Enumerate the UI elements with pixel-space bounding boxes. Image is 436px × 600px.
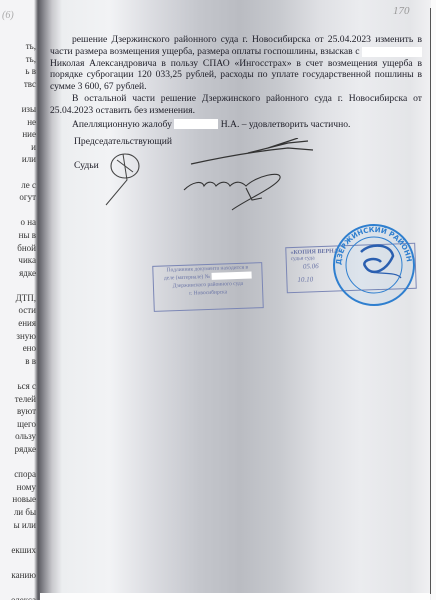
- text-line: В остальной части решение Дзержинского р…: [72, 93, 407, 104]
- court-seal: ДЗЕРЖИНСКИЙ РАЙОННЫЙ: [331, 222, 417, 308]
- presiding-signature: [188, 138, 318, 168]
- page-number-right: 170: [393, 5, 410, 17]
- page-number-left: (6): [2, 10, 14, 21]
- margin-fragment: [2, 279, 36, 292]
- margin-fragment: ному: [2, 481, 36, 494]
- ruling-paragraph-2: В остальной части решение Дзержинского р…: [50, 93, 422, 117]
- margin-fragment: ние: [2, 128, 36, 141]
- scan-margin-right: [431, 0, 436, 600]
- presiding-judge-label: Председательствующий: [74, 136, 172, 147]
- original-document-stamp: Подлинник документа находится в деле (ма…: [152, 262, 264, 312]
- margin-fragment: не: [2, 116, 36, 129]
- judge-signature-2: [182, 172, 302, 212]
- margin-fragment: канию: [2, 569, 36, 582]
- margin-fragment: [2, 367, 36, 380]
- margin-fragment: зную: [2, 330, 36, 343]
- margin-fragment: вуют: [2, 405, 36, 418]
- margin-fragment: [2, 90, 36, 103]
- margin-fragment: ь в: [2, 65, 36, 78]
- redacted-case-number: [211, 272, 251, 280]
- margin-fragment: екших: [2, 544, 36, 557]
- margin-fragment: ы или: [2, 519, 36, 532]
- text-line: Н.А. – удовлетворить частично.: [221, 119, 351, 130]
- ruling-text: решение Дзержинского районного суда г. Н…: [50, 34, 422, 130]
- margin-fragment: ны в: [2, 229, 36, 242]
- margin-fragment: ения: [2, 317, 36, 330]
- margin-fragment: ядке: [2, 267, 36, 280]
- margin-fragment: ть,: [2, 40, 36, 53]
- ruling-paragraph-1: решение Дзержинского районного суда г. Н…: [50, 34, 422, 93]
- margin-fragment: [2, 166, 36, 179]
- judge-signature-1: [103, 150, 148, 210]
- margin-fragment: рядке: [2, 443, 36, 456]
- margin-fragment: и: [2, 141, 36, 154]
- ruling-paragraph-3: Апелляционную жалобу Н.А. – удовлетворит…: [50, 119, 422, 131]
- margin-fragment: [2, 556, 36, 569]
- margin-fragment: [2, 204, 36, 217]
- margin-fragment: [2, 582, 36, 595]
- margin-fragment: [2, 456, 36, 469]
- margin-fragment: ости: [2, 304, 36, 317]
- margin-fragment: ено: [2, 342, 36, 355]
- text-line: решение Дзержинского районного суда г. Н…: [72, 34, 371, 45]
- margin-fragment: или: [2, 153, 36, 166]
- scan-margin-bottom: [40, 593, 430, 600]
- margin-fragment: [2, 531, 36, 544]
- margin-fragment: телей: [2, 393, 36, 406]
- margin-fragment: бной: [2, 242, 36, 255]
- margin-fragment: ли бы: [2, 506, 36, 519]
- margin-fragment: огут: [2, 191, 36, 204]
- margin-fragment: ДТП,: [2, 292, 36, 305]
- margin-fragment: в в: [2, 355, 36, 368]
- margin-fragment: ть,: [2, 53, 36, 66]
- margin-fragment: о на: [2, 216, 36, 229]
- judges-label: Судьи: [74, 160, 99, 171]
- text-line: Николая Александровича в пользу СПАО «Ин…: [50, 58, 301, 69]
- previous-page-margin-text: ть,ть,ь втвсизынениеиилиле согуто наны в…: [2, 40, 36, 600]
- margin-fragment: ользу: [2, 430, 36, 443]
- margin-fragment: новые: [2, 493, 36, 506]
- margin-fragment: чика: [2, 254, 36, 267]
- redacted-name: [362, 47, 422, 57]
- margin-fragment: твс: [2, 78, 36, 91]
- text-line: взыскав с: [320, 46, 359, 57]
- margin-fragment: одекса: [2, 594, 36, 600]
- margin-fragment: изы: [2, 103, 36, 116]
- margin-fragment: щего: [2, 418, 36, 431]
- margin-fragment: ле с: [2, 179, 36, 192]
- margin-fragment: ься с: [2, 380, 36, 393]
- text-line: Апелляционную жалобу: [72, 119, 172, 130]
- margin-fragment: спора: [2, 468, 36, 481]
- redacted-name: [174, 119, 218, 129]
